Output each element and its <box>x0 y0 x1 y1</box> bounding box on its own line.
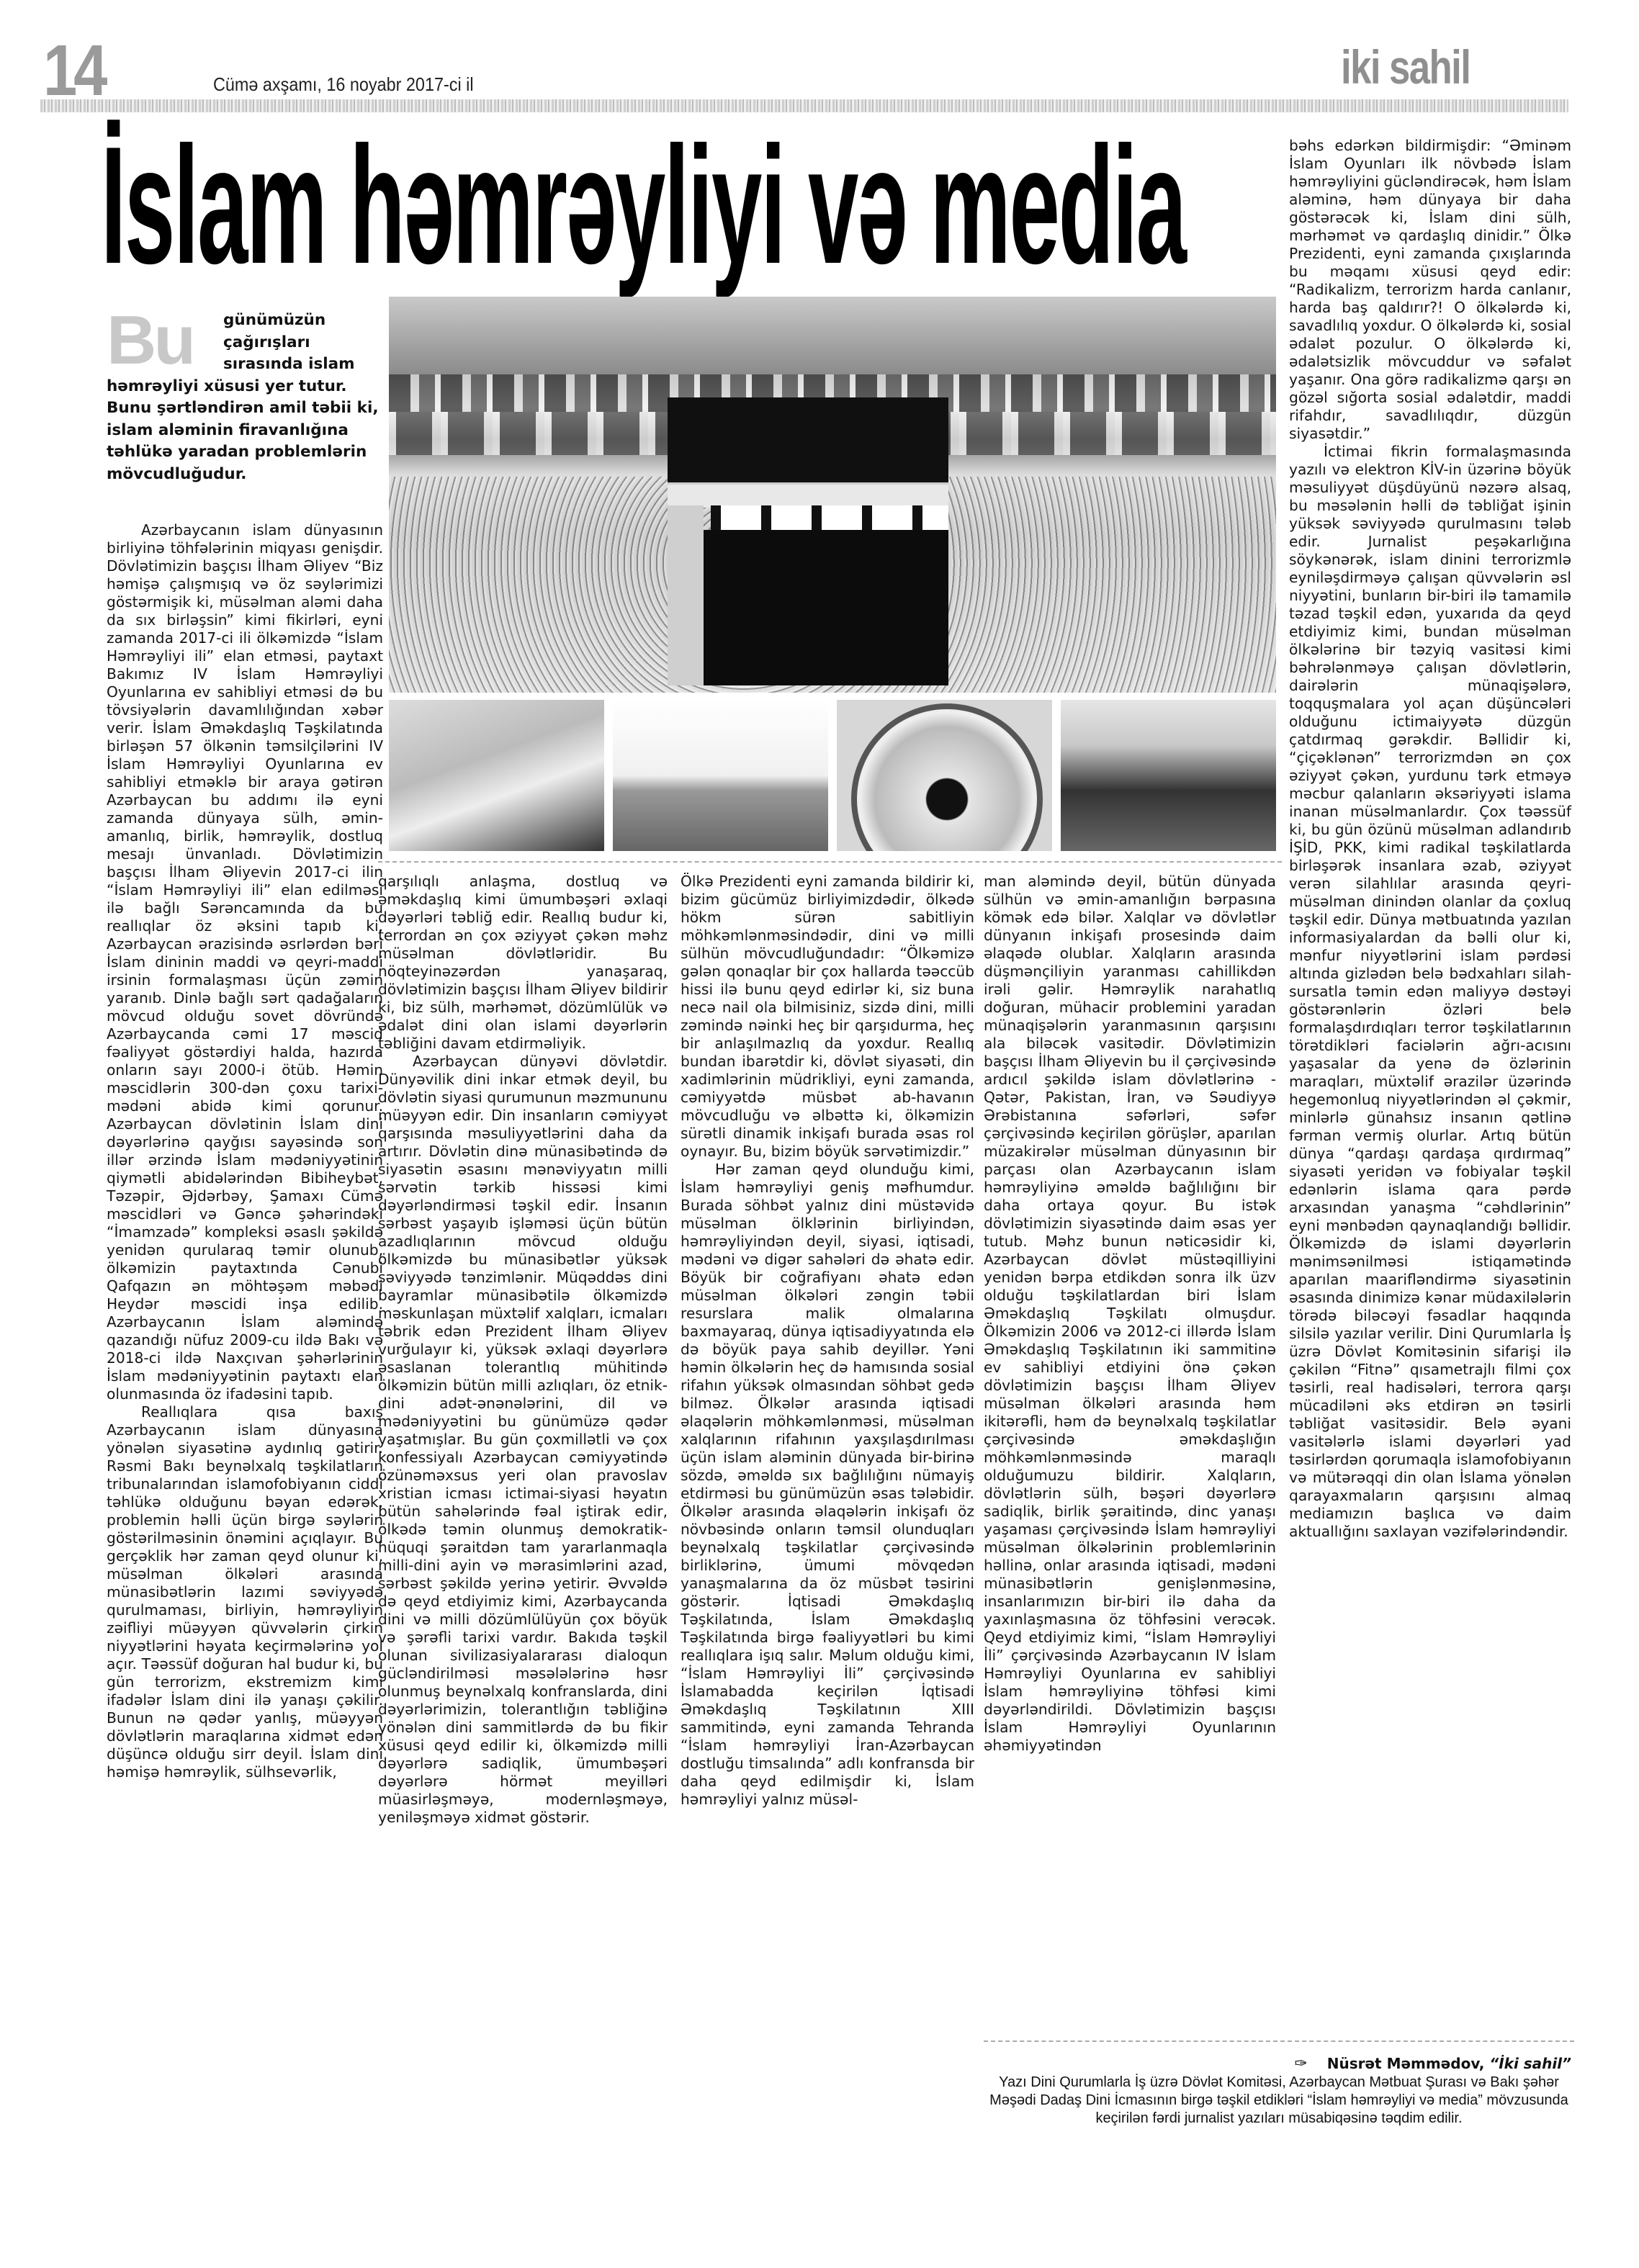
author-outlet: “İki sahil” <box>1489 2055 1571 2072</box>
article-footnote: Yazı Dini Qurumlarla İş üzrə Dövlət Komi… <box>984 2074 1574 2128</box>
paragraph: Ölkə Prezidenti eyni zamanda bildirir ki… <box>681 873 974 1161</box>
paragraph: Reallıqlara qısa baxış Azərbaycanın isla… <box>107 1403 383 1781</box>
article-title: İslam həmrəyliyi və media <box>101 122 745 288</box>
mosque-minarets-photo <box>613 700 828 851</box>
paragraph: Azərbaycanın islam dünyasının birliyinə … <box>107 521 383 1403</box>
pen-icon: ✑ <box>1294 2055 1307 2073</box>
worshippers-photo <box>1061 700 1276 851</box>
paragraph: bəhs edərkən bildirmişdir: “Əminəm İslam… <box>1289 137 1571 443</box>
paragraph: man aləmində deyil, bütün dünyada sülhün… <box>984 873 1276 1755</box>
article-column-4: man aləmində deyil, bütün dünyada sülhün… <box>984 873 1276 1755</box>
author-byline: ✑ Nüsrət Məmmədov, “İki sahil” <box>1259 2055 1571 2073</box>
photo-divider <box>378 861 1282 863</box>
header-divider <box>40 99 1568 112</box>
paragraph: Hər zaman qeyd olunduğu kimi, İslam həmr… <box>681 1161 974 1809</box>
page-number: 14 <box>43 42 104 99</box>
photo-collage <box>389 297 1276 851</box>
article-column-2: qarşılıqlı anlaşma, dostluq və əməkdaşlı… <box>378 873 668 1827</box>
aerial-kaaba-photo <box>837 700 1052 851</box>
issue-date: Cümə axşamı, 16 noyabr 2017-ci il <box>213 73 474 96</box>
paragraph: Azərbaycan dünyəvi dövlətdir. Dünyəvilik… <box>378 1053 668 1827</box>
drop-cap: Bu <box>107 310 215 370</box>
paragraph: qarşılıqlı anlaşma, dostluq və əməkdaşlı… <box>378 873 668 1053</box>
article-column-1: Azərbaycanın islam dünyasının birliyinə … <box>107 521 383 1781</box>
kaaba-icon <box>668 397 948 685</box>
article-column-3: Ölkə Prezidenti eyni zamanda bildirir ki… <box>681 873 974 1809</box>
kaaba-photo <box>389 297 1276 693</box>
author-name: Nüsrət Məmmədov, <box>1327 2055 1485 2072</box>
newspaper-logo: iki sahil <box>1341 43 1470 91</box>
article-column-5: bəhs edərkən bildirmişdir: “Əminəm İslam… <box>1289 137 1571 1541</box>
thumbnail-row <box>389 700 1276 851</box>
article-lead: Bu günümüzün çağırışları sırasında islam… <box>107 310 380 485</box>
paragraph: İctimai fikrin formalaşmasında yazılı və… <box>1289 443 1571 1541</box>
byline-divider <box>984 2040 1574 2042</box>
quran-photo <box>389 700 604 851</box>
